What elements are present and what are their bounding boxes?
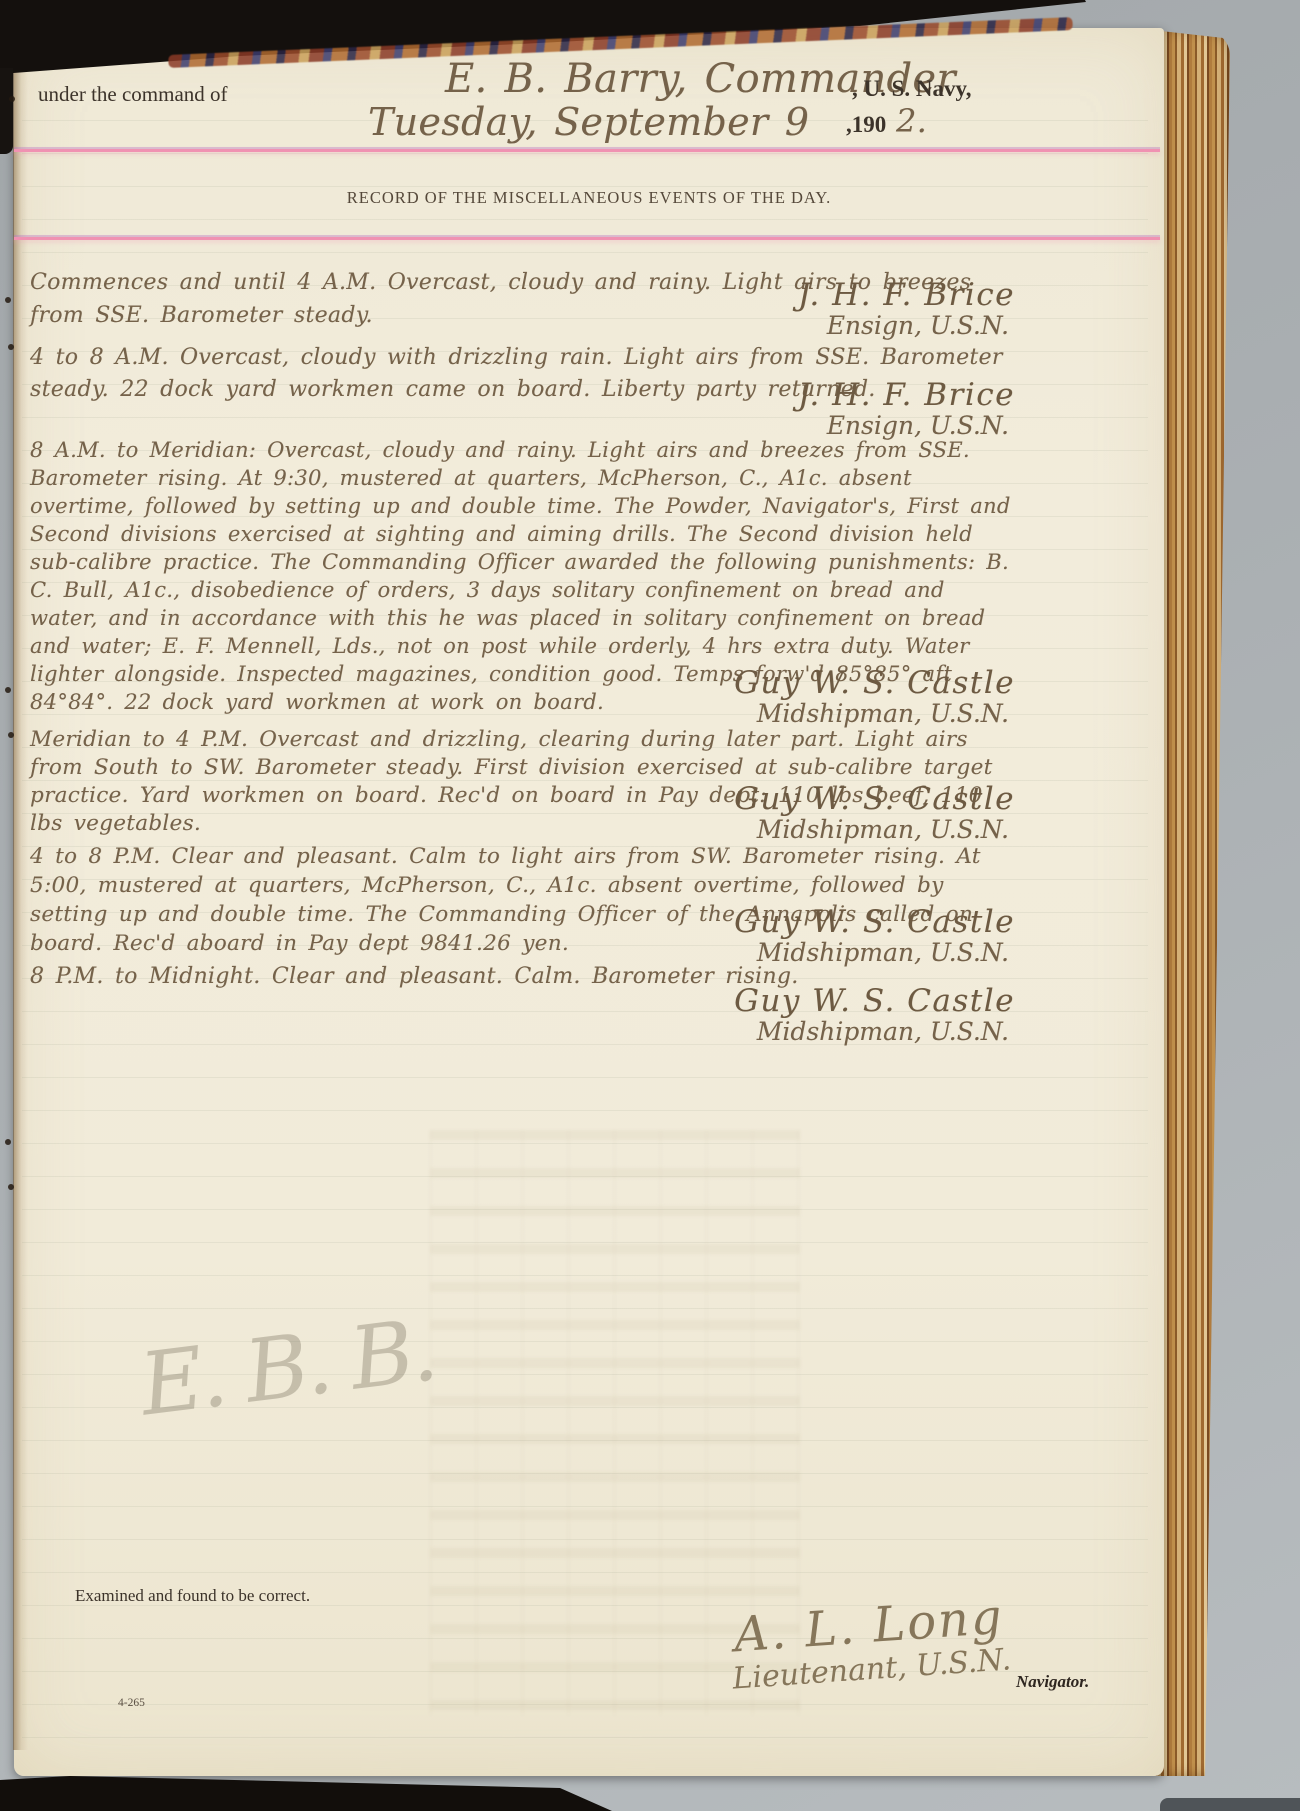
entry-signature-block: Guy W. S. Castle Midshipman, U.S.N.	[620, 666, 1015, 728]
stitch-hole	[5, 1139, 11, 1145]
signature-name: J. H. F. Brice	[620, 378, 1015, 412]
pink-rule-top	[14, 149, 1160, 152]
logbook-photo: under the command of E. B. Barry, Comman…	[0, 0, 1300, 1811]
stitch-hole	[8, 1184, 14, 1190]
signature-name: J. H. F. Brice	[620, 278, 1015, 312]
signature-rank: Ensign, U.S.N.	[620, 312, 1015, 340]
shadow-sliver	[1160, 1798, 1300, 1811]
signature-name: Guy W. S. Castle	[620, 782, 1015, 816]
signature-name: Guy W. S. Castle	[620, 984, 1015, 1018]
examined-note: Examined and found to be correct.	[75, 1586, 310, 1606]
stitch-hole	[5, 297, 11, 303]
entry-signature-block: Guy W. S. Castle Midshipman, U.S.N.	[620, 782, 1015, 844]
date-script: Tuesday, September 9	[368, 100, 809, 144]
printed-command-label: under the command of	[38, 82, 228, 107]
signature-rank: Midshipman, U.S.N.	[620, 700, 1015, 728]
stitch-hole	[5, 687, 11, 693]
pink-rule-bottom	[14, 237, 1160, 240]
stitch-hole	[8, 344, 14, 350]
entry-signature-block: Guy W. S. Castle Midshipman, U.S.N.	[620, 984, 1015, 1046]
signature-rank: Midshipman, U.S.N.	[620, 1018, 1015, 1046]
entry-signature-block: J. H. F. Brice Ensign, U.S.N.	[620, 378, 1015, 440]
signature-rank: Midshipman, U.S.N.	[620, 816, 1015, 844]
entry-signature-block: J. H. F. Brice Ensign, U.S.N.	[620, 278, 1015, 340]
entry-signature-block: Guy W. S. Castle Midshipman, U.S.N.	[620, 905, 1015, 967]
signature-name: Guy W. S. Castle	[620, 905, 1015, 939]
printed-year: ,190	[846, 112, 886, 138]
book-cover-left-corner	[0, 68, 13, 154]
section-title: RECORD OF THE MISCELLANEOUS EVENTS OF TH…	[14, 188, 1164, 208]
stitch-hole	[9, 96, 15, 102]
printed-navy-label: , U. S. Navy,	[852, 76, 972, 102]
signature-name: Guy W. S. Castle	[620, 666, 1015, 700]
year-digit-script: 2.	[896, 102, 927, 140]
form-number: 4-265	[118, 1697, 145, 1709]
stitch-hole	[8, 732, 14, 738]
navigator-label: Navigator.	[1016, 1672, 1089, 1692]
